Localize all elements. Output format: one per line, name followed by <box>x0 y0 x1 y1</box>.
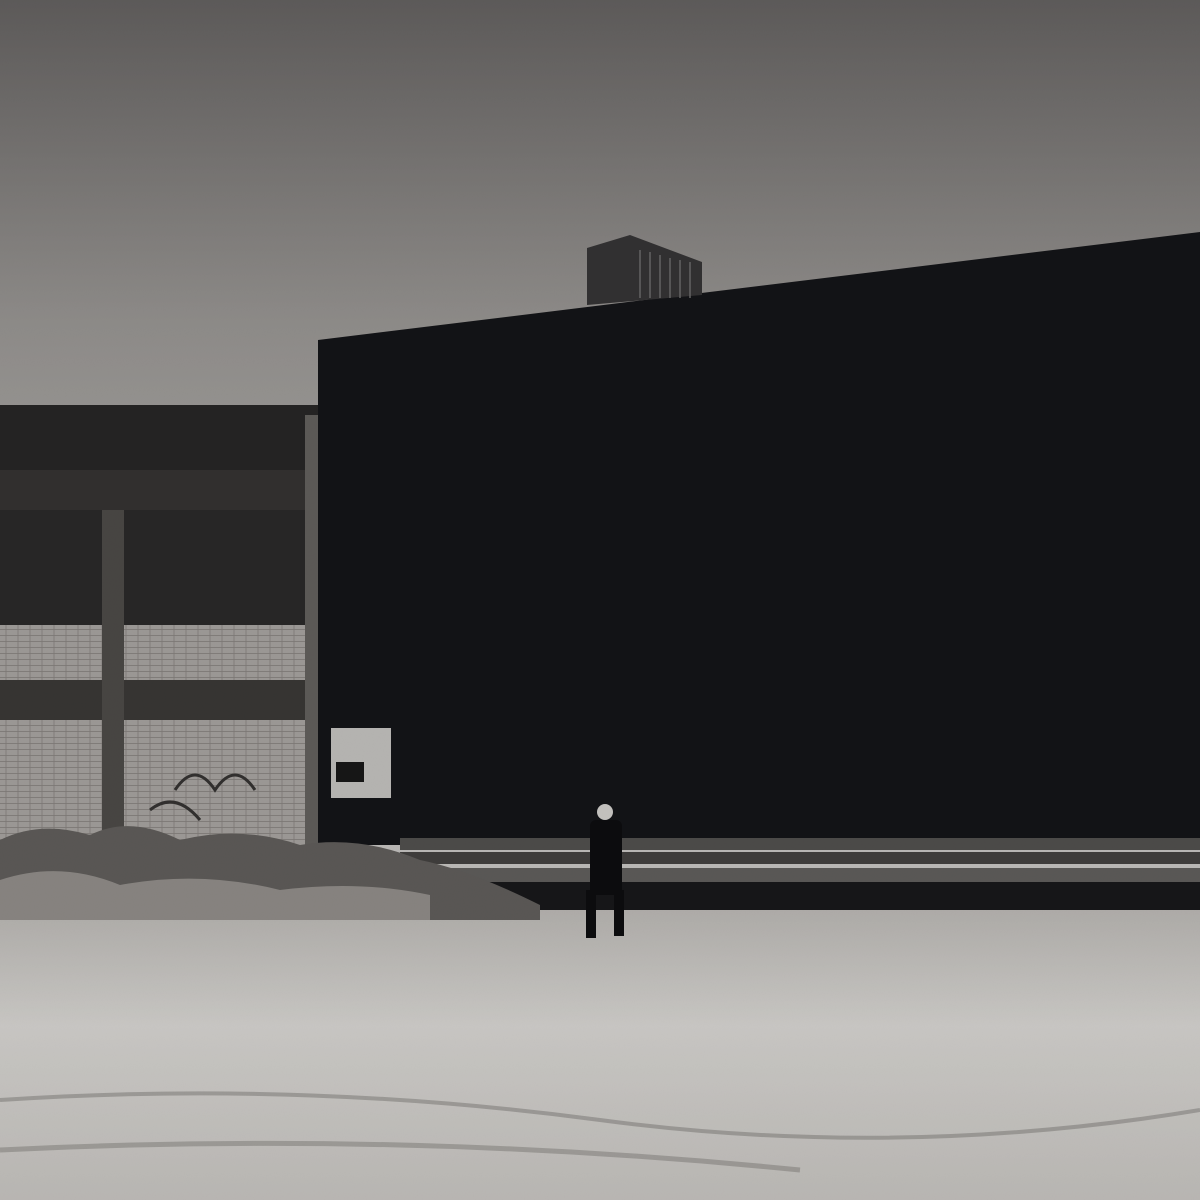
photo: Black and white photograph of a dark ind… <box>0 0 1200 1200</box>
